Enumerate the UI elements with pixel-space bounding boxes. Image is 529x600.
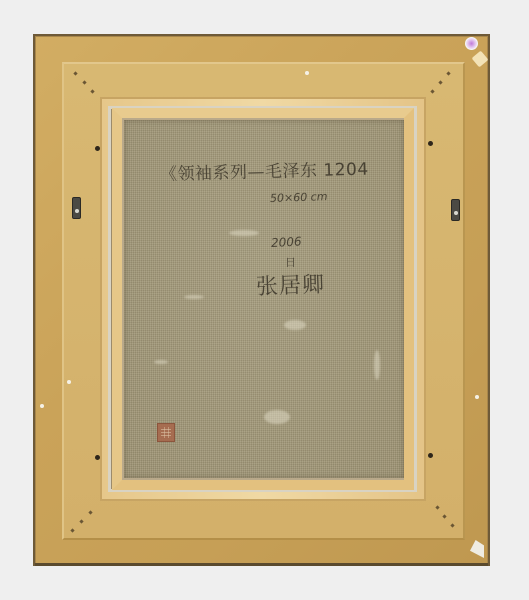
inscription-year-mark: 日 [285,254,296,270]
frame-mark [40,404,44,408]
artist-signature: 张居卿 [255,268,325,301]
frame-mark [475,395,479,399]
frame-mark [67,380,71,384]
left-hanging-hook [72,197,81,219]
artist-seal [157,423,175,442]
paint-smudge [229,230,259,236]
inscription-year: 2006 [271,234,302,250]
inscription-dimensions: 50×60 cm [270,190,328,205]
screw-hole [95,455,100,460]
paint-smudge [374,350,380,380]
paint-smudge [284,320,306,330]
right-hanging-hook [451,199,460,221]
paint-smudge [154,360,168,364]
screw-hole [428,141,433,146]
paint-smudge [264,410,290,424]
screw-hole [95,146,100,151]
paint-smudge [184,295,204,299]
screw-hole [428,453,433,458]
round-sticker [465,37,478,50]
frame-mark [305,71,309,75]
